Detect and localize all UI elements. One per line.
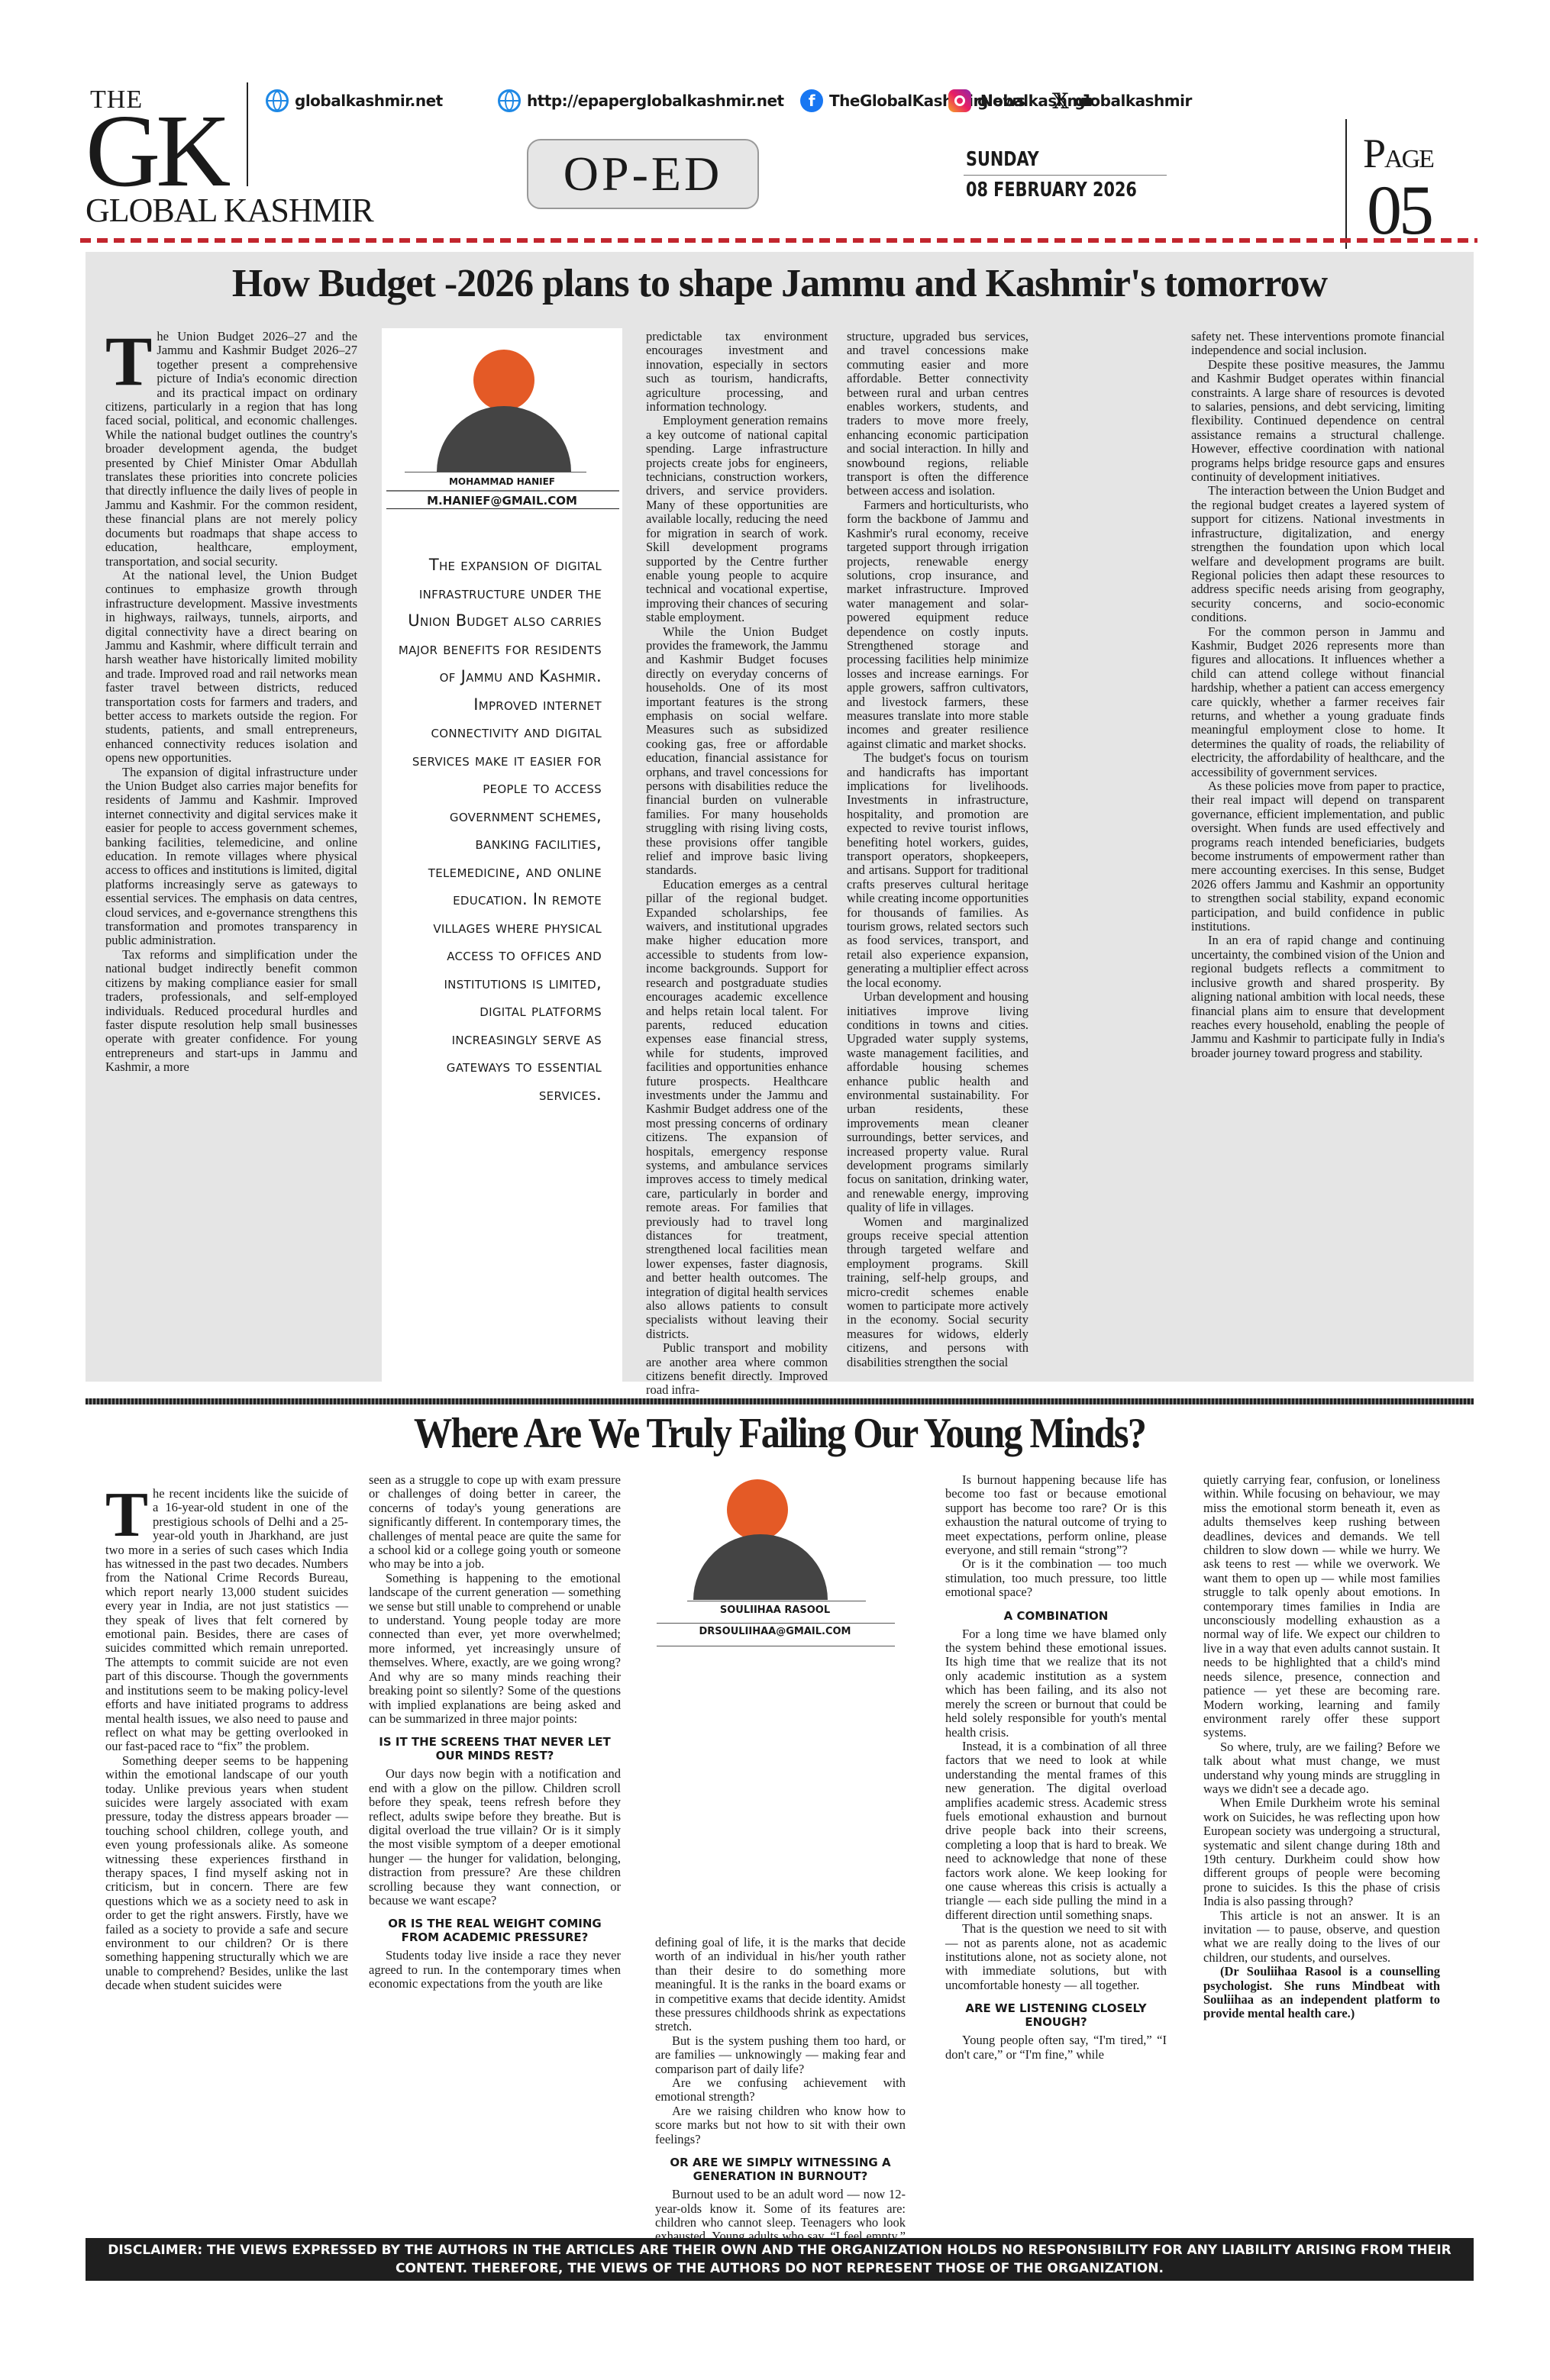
issue-day: SUNDAY [966,148,1039,171]
author-email[interactable]: DRSOULIIHAA@GMAIL.COM [657,1626,893,1637]
author-email[interactable]: M.HANIEF@GMAIL.COM [382,494,622,508]
article-column-3: structure, upgraded bus services, and tr… [847,330,1028,1369]
subheading: ARE WE LISTENING CLOSELY ENOUGH? [945,2001,1167,2029]
drop-cap: T [105,1490,148,1540]
masthead-title: GLOBAL KASHMIR [86,191,373,230]
byline-rule [405,472,586,472]
instagram-icon [948,89,971,112]
masthead-rule [80,238,1477,243]
masthead-logo-gk: GK [86,105,226,197]
subheading: A COMBINATION [945,1609,1167,1623]
x-icon: 𝕏 [1052,89,1068,112]
article-column-3: defining goal of life, it is the marks t… [655,1936,906,2258]
subheading: OR ARE WE SIMPLY WITNESSING A GENERATION… [655,2156,906,2183]
drop-cap: T [105,333,152,389]
article-column-2: seen as a struggle to cope up with exam … [369,1473,621,1991]
article-headline: How Budget -2026 plans to shape Jammu an… [86,261,1474,306]
masthead-divider [247,82,248,186]
disclaimer-banner: DISCLAIMER: THE VIEWS EXPRESSED BY THE A… [86,2238,1474,2281]
author-avatar [428,336,580,458]
byline-rule [657,1623,895,1624]
globe-icon [266,89,289,112]
subheading: IS IT THE SCREENS THAT NEVER LET OUR MIN… [369,1735,621,1762]
pull-quote: The expansion of digital infrastructure … [397,551,602,1108]
facebook-icon: f [800,89,823,112]
article-column-1: The recent incidents like the suicide of… [105,1487,348,1993]
article-headline: Where Are We Truly Failing Our Young Min… [155,1409,1404,1458]
author-avatar [687,1479,840,1601]
article-column-4: safety net. These interventions promote … [1191,330,1445,1060]
globe-icon [498,89,521,112]
issue-date: 08 FEBRUARY 2026 [966,179,1137,202]
section-badge: OP-ED [527,139,759,209]
social-link-x[interactable]: 𝕏 globalkashmir [1052,85,1192,116]
byline-rule [687,1601,866,1601]
byline-rule [386,508,619,509]
byline-rule [386,490,619,492]
author-note: (Dr Souliihaa Rasool is a counselling ps… [1203,1965,1440,2021]
article-separator [86,1398,1474,1404]
byline-rule [657,1646,895,1646]
article-column-2: predictable tax environment encourages i… [646,330,828,1398]
article-column-1: The Union Budget 2026–27 and the Jammu a… [105,330,357,1075]
author-name: SOULIIHAA RASOOL [657,1604,893,1616]
article-column-4: Is burnout happening because life has be… [945,1473,1167,2062]
author-name: MOHAMMAD HANIEF [382,476,622,487]
subheading: OR IS THE REAL WEIGHT COMING FROM ACADEM… [369,1917,621,1944]
social-link-website[interactable]: globalkashmir.net [266,85,443,116]
date-divider [964,175,1167,176]
article-column-5: quietly carrying fear, confusion, or lon… [1203,1473,1440,2021]
social-link-epaper[interactable]: http://epaperglobalkashmir.net [498,85,784,116]
page-divider [1345,119,1347,249]
